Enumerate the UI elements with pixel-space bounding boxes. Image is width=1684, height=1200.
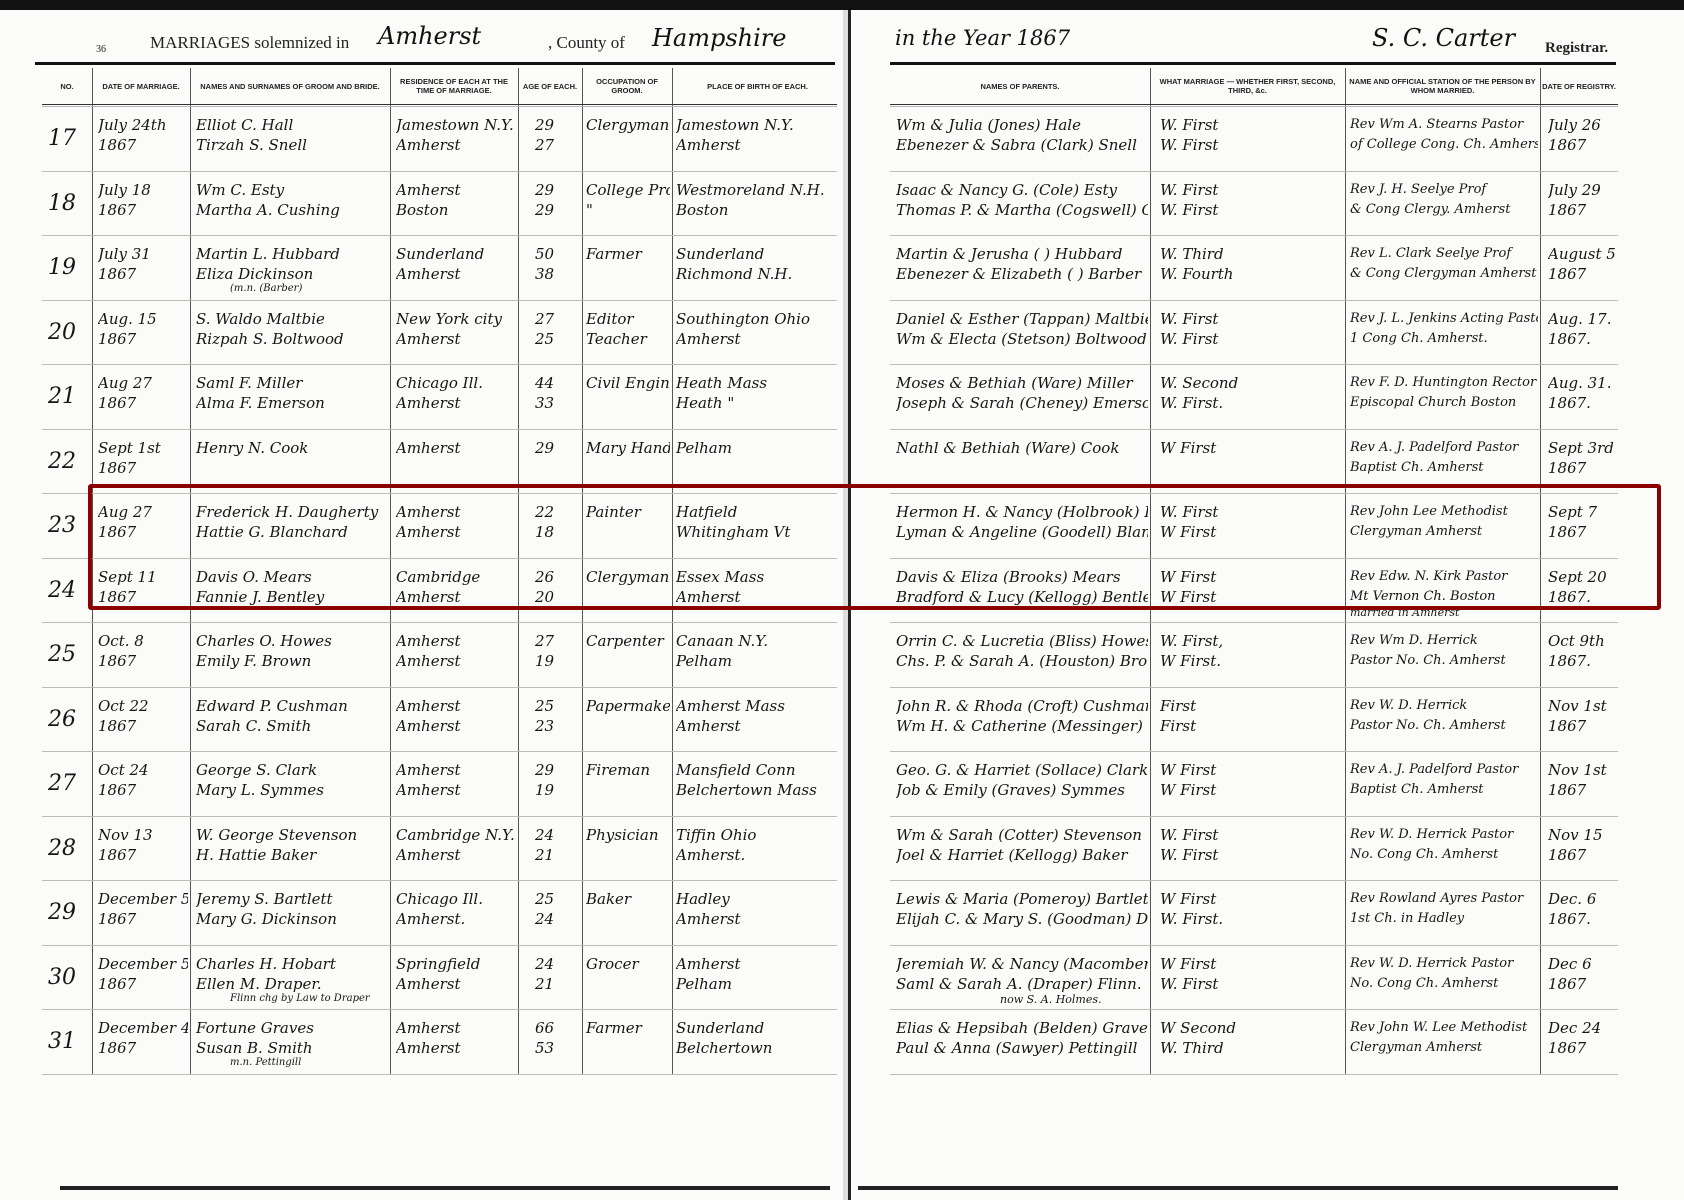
cell-line: 1867 — [98, 263, 188, 285]
officiant-line: Pastor No. Ch. Amherst — [1350, 715, 1538, 737]
cell-line: Dec 6 — [1548, 953, 1618, 975]
row-divider — [42, 300, 837, 301]
cell-line: Amherst — [676, 134, 841, 156]
record-number: 27 — [48, 771, 76, 796]
row-divider — [890, 171, 1618, 172]
row-divider — [42, 816, 837, 817]
record-number: 18 — [48, 191, 76, 216]
cell-line: Emily F. Brown — [196, 650, 388, 672]
cell-line: Elijah C. & Mary S. (Goodman) Dickinson — [896, 908, 1148, 930]
cell-line: Amherst — [396, 328, 516, 350]
cell-line: Wm & Julia (Jones) Hale — [896, 114, 1148, 136]
bottom-rule-left — [60, 1186, 830, 1190]
cell-line: Belchertown — [676, 1037, 841, 1059]
cell-line: Pelham — [676, 973, 841, 995]
column-divider — [1150, 68, 1151, 1074]
cell-line: Saml F. Miller — [196, 372, 388, 394]
cell-line: Amherst — [676, 953, 841, 975]
cell-line: Joseph & Sarah (Cheney) Emerson — [896, 392, 1148, 414]
cell-line: Grocer — [586, 953, 670, 975]
cell-line: W. First — [1160, 179, 1340, 201]
row-divider — [42, 558, 837, 559]
cell-line: Fannie J. Bentley — [196, 586, 388, 608]
title-prefix: MARRIAGES solemnized in — [150, 33, 349, 53]
record-number: 29 — [48, 900, 76, 925]
cell-line: Belchertown Mass — [676, 779, 841, 801]
officiant-line: & Cong Clergy. Amherst — [1350, 199, 1538, 221]
column-header: RESIDENCE OF EACH AT THE TIME OF MARRIAG… — [390, 70, 518, 104]
cell-line: Dec 24 — [1548, 1017, 1618, 1039]
cell-line: 25 — [535, 888, 575, 910]
cell-line: Eliza Dickinson — [196, 263, 388, 285]
cell-line: Amherst Mass — [676, 695, 841, 717]
cell-line: Sept 11 — [98, 566, 188, 588]
cell-line: Hadley — [676, 888, 841, 910]
column-divider — [92, 68, 93, 1074]
officiant-line: Rev J. H. Seelye Prof — [1350, 179, 1538, 201]
cell-line: 1867 — [98, 521, 188, 543]
officiant-line: of College Cong. Ch. Amherst — [1350, 134, 1538, 156]
row-divider — [890, 880, 1618, 881]
cell-line: 1867 — [1548, 134, 1618, 156]
cell-line: Oct 9th — [1548, 630, 1618, 652]
column-divider — [190, 68, 191, 1074]
column-header: PLACE OF BIRTH OF EACH. — [672, 70, 843, 104]
cell-line: Elliot C. Hall — [196, 114, 388, 136]
cell-line: Mansfield Conn — [676, 759, 841, 781]
header-rule-left — [35, 62, 835, 65]
cell-line: Painter — [586, 501, 670, 523]
cell-line: Lewis & Maria (Pomeroy) Bartlett — [896, 888, 1148, 910]
cell-line: Southington Ohio — [676, 308, 841, 330]
cell-line: 20 — [535, 586, 575, 608]
officiant-line: Rev Wm D. Herrick — [1350, 630, 1538, 652]
column-header: AGE OF EACH. — [518, 70, 582, 104]
cell-line: 1867 — [98, 1037, 188, 1059]
row-divider — [42, 235, 837, 236]
cell-line: July 26 — [1548, 114, 1618, 136]
cell-line: Amherst — [396, 1017, 516, 1039]
cell-line: Aug. 17. — [1548, 308, 1618, 330]
cell-line: 1867. — [1548, 586, 1618, 608]
record-number: 31 — [48, 1029, 76, 1054]
cell-line: Martha A. Cushing — [196, 199, 388, 221]
cell-line: Pelham — [676, 650, 841, 672]
column-header: NAME AND OFFICIAL STATION OF THE PERSON … — [1345, 70, 1540, 104]
row-divider — [890, 751, 1618, 752]
cell-line: Tiffin Ohio — [676, 824, 841, 846]
cell-line: Farmer — [586, 243, 670, 265]
row-divider — [890, 945, 1618, 946]
cell-line: Dec. 6 — [1548, 888, 1618, 910]
cell-line: 1867 — [98, 457, 188, 479]
row-divider — [42, 493, 837, 494]
cell-line: 1867 — [98, 973, 188, 995]
cell-line: Saml & Sarah A. (Draper) Flinn. — [896, 973, 1148, 995]
column-header: OCCUPATION OF GROOM. — [582, 70, 672, 104]
cell-line: 50 — [535, 243, 575, 265]
record-number: 25 — [48, 642, 76, 667]
row-divider — [42, 106, 837, 107]
cell-line: Martin L. Hubbard — [196, 243, 388, 265]
cell-line: W First — [1160, 953, 1340, 975]
cell-line: Sept 7 — [1548, 501, 1618, 523]
cell-line: W. First — [1160, 114, 1340, 136]
cell-line: Jamestown N.Y. — [676, 114, 841, 136]
cell-line: 1867. — [1548, 392, 1618, 414]
row-divider — [890, 364, 1618, 365]
cell-line: John R. & Rhoda (Croft) Cushman W — [896, 695, 1148, 717]
cell-line: New York city — [396, 308, 516, 330]
cell-line: 22 — [535, 501, 575, 523]
cell-line: W. George Stevenson — [196, 824, 388, 846]
cell-line: 24 — [535, 824, 575, 846]
cell-line: Wm H. & Catherine (Messinger) Smith W — [896, 715, 1148, 737]
cell-line: 33 — [535, 392, 575, 414]
cell-line: Sunderland — [676, 1017, 841, 1039]
record-number: 28 — [48, 836, 76, 861]
cell-line: Wm & Electa (Stetson) Boltwood — [896, 328, 1148, 350]
cell-line: Jeremiah W. & Nancy (Macomber) Hobart. — [896, 953, 1148, 975]
cell-line: Oct 22 — [98, 695, 188, 717]
cell-line: 1867 — [98, 586, 188, 608]
cell-line: 26 — [535, 566, 575, 588]
cell-line: Physician — [586, 824, 670, 846]
officiant-line: Rev Edw. N. Kirk Pastor — [1350, 566, 1538, 588]
cell-line: Chs. P. & Sarah A. (Houston) Brown — [896, 650, 1148, 672]
cell-line: Amherst — [396, 779, 516, 801]
name-note: (m.n. (Barber) — [230, 283, 302, 295]
officiant-line: & Cong Clergyman Amherst — [1350, 263, 1538, 285]
cell-line: Teacher — [586, 328, 670, 350]
cell-line: W. Third — [1160, 243, 1340, 265]
cell-line: Editor — [586, 308, 670, 330]
officiant-line: Rev W. D. Herrick Pastor — [1350, 824, 1538, 846]
record-number: 20 — [48, 320, 76, 345]
cell-line: Elias & Hepsibah (Belden) Graves — [896, 1017, 1148, 1039]
cell-line: 53 — [535, 1037, 575, 1059]
cell-line: 1867 — [1548, 973, 1618, 995]
cell-line: Cambridge — [396, 566, 516, 588]
cell-line: Sarah C. Smith — [196, 715, 388, 737]
column-header: DATE OF MARRIAGE. — [92, 70, 190, 104]
cell-line: W First — [1160, 437, 1340, 459]
cell-line: 1867 — [98, 199, 188, 221]
cell-line: W. First, — [1160, 630, 1340, 652]
cell-line: July 18 — [98, 179, 188, 201]
cell-line: Amherst — [396, 586, 516, 608]
column-divider — [1540, 68, 1541, 1074]
cell-line: Sept 1st — [98, 437, 188, 459]
cell-line: Henry N. Cook — [196, 437, 388, 459]
cell-line: Heath " — [676, 392, 841, 414]
cell-line: W. First — [1160, 501, 1340, 523]
cell-line: Whitingham Vt — [676, 521, 841, 543]
officiant-line: Rev W. D. Herrick — [1350, 695, 1538, 717]
officiant-line: Rev John Lee Methodist — [1350, 501, 1538, 523]
cell-line: 24 — [535, 908, 575, 930]
cell-line: Amherst — [396, 650, 516, 672]
cell-line: 25 — [535, 695, 575, 717]
cell-line: 1867 — [98, 715, 188, 737]
cell-line: Amherst — [396, 179, 516, 201]
cell-line: 1867 — [98, 650, 188, 672]
cell-line: 1867 — [1548, 521, 1618, 543]
officiant-line: married in Amherst — [1350, 602, 1538, 624]
cell-line: 1867. — [1548, 650, 1618, 672]
cell-line: 1867. — [1548, 328, 1618, 350]
cell-line: Pelham — [676, 437, 841, 459]
cell-line: W First — [1160, 759, 1340, 781]
officiant-line: Rev L. Clark Seelye Prof — [1350, 243, 1538, 265]
cell-line: Aug. 31. — [1548, 372, 1618, 394]
cell-line: Westmoreland N.H. — [676, 179, 841, 201]
cell-line: Charles O. Howes — [196, 630, 388, 652]
cell-line: Nov 15 — [1548, 824, 1618, 846]
cell-line: Boston — [676, 199, 841, 221]
column-divider — [1345, 68, 1346, 1074]
record-number: 21 — [48, 384, 76, 409]
cell-line: 29 — [535, 179, 575, 201]
cell-line: 25 — [535, 328, 575, 350]
cell-line: Chicago Ill. — [396, 372, 516, 394]
cell-line: Nov 1st — [1548, 695, 1618, 717]
cell-line: 23 — [535, 715, 575, 737]
cell-line: Farmer — [586, 1017, 670, 1039]
scan-top-edge — [0, 0, 1684, 10]
cell-line: Ellen M. Draper. — [196, 973, 388, 995]
officiant-line: Rev F. D. Huntington Rector — [1350, 372, 1538, 394]
cell-line: 1867 — [98, 908, 188, 930]
officiant-line: Rev W. D. Herrick Pastor — [1350, 953, 1538, 975]
cell-line: 24 — [535, 953, 575, 975]
cell-line: Alma F. Emerson — [196, 392, 388, 414]
cell-line: July 29 — [1548, 179, 1618, 201]
cell-line: Charles H. Hobart — [196, 953, 388, 975]
cell-line: Clergyman — [586, 114, 670, 136]
column-header: WHAT MARRIAGE — WHETHER FIRST, SECOND, T… — [1150, 70, 1345, 104]
record-number: 19 — [48, 255, 76, 280]
cell-line: Moses & Bethiah (Ware) Miller — [896, 372, 1148, 394]
cell-line: 1867 — [98, 779, 188, 801]
cell-line: December 4 — [98, 1017, 188, 1039]
officiant-line: 1 Cong Ch. Amherst. — [1350, 328, 1538, 350]
row-divider — [42, 687, 837, 688]
cell-line: Amherst. — [676, 844, 841, 866]
cell-line: Amherst — [396, 134, 516, 156]
cell-line: 29 — [535, 437, 575, 459]
cell-line: 1867 — [1548, 457, 1618, 479]
cell-line: Civil Engineer — [586, 372, 670, 394]
cell-line: 29 — [535, 759, 575, 781]
parents-note: now S. A. Holmes. — [1000, 993, 1102, 1006]
cell-line: Jeremy S. Bartlett — [196, 888, 388, 910]
cell-line: Amherst — [676, 715, 841, 737]
column-divider — [582, 68, 583, 1074]
cell-line: W. First — [1160, 824, 1340, 846]
row-divider — [890, 816, 1618, 817]
cell-line: Aug 27 — [98, 501, 188, 523]
cell-line: Edward P. Cushman — [196, 695, 388, 717]
cell-line: First — [1160, 715, 1340, 737]
officiant-line: Rev Wm A. Stearns Pastor — [1350, 114, 1538, 136]
cell-line: Amherst — [396, 759, 516, 781]
officiant-line: Baptist Ch. Amherst — [1350, 457, 1538, 479]
row-divider — [42, 945, 837, 946]
row-divider — [42, 171, 837, 172]
cell-line: Paul & Anna (Sawyer) Pettingill — [896, 1037, 1148, 1059]
cell-line: W. First — [1160, 199, 1340, 221]
cell-line: July 24th — [98, 114, 188, 136]
cell-line: 38 — [535, 263, 575, 285]
officiant-line: Rev J. L. Jenkins Acting Pastor — [1350, 308, 1538, 330]
column-divider — [672, 68, 673, 1074]
cell-line: 29 — [535, 114, 575, 136]
cell-line: 27 — [535, 134, 575, 156]
cell-line: Amherst. — [396, 908, 516, 930]
cell-line: Ebenezer & Sabra (Clark) Snell — [896, 134, 1148, 156]
cell-line: Chicago Ill. — [396, 888, 516, 910]
cell-line: Amherst — [396, 392, 516, 414]
cell-line: Papermaker — [586, 695, 670, 717]
cell-line: 21 — [535, 844, 575, 866]
cell-line: S. Waldo Maltbie — [196, 308, 388, 330]
cell-line: 1867. — [1548, 908, 1618, 930]
cell-line: Amherst — [396, 973, 516, 995]
cell-line: Martin & Jerusha ( ) Hubbard — [896, 243, 1148, 265]
cell-line: Cambridge N.Y. — [396, 824, 516, 846]
cell-line: Hatfield — [676, 501, 841, 523]
cell-line: Aug 27 — [98, 372, 188, 394]
column-header: DATE OF REGISTRY. — [1540, 70, 1618, 104]
name-note: m.n. Pettingill — [230, 1057, 301, 1069]
row-divider — [890, 1074, 1618, 1075]
cell-line: Sunderland — [676, 243, 841, 265]
cell-line: 18 — [535, 521, 575, 543]
cell-line: 1867 — [1548, 715, 1618, 737]
cell-line: W. Third — [1160, 1037, 1340, 1059]
officiant-line: 1st Ch. in Hadley — [1350, 908, 1538, 930]
record-number: 17 — [48, 126, 76, 151]
cell-line: Davis O. Mears — [196, 566, 388, 588]
cell-line: 1867 — [1548, 263, 1618, 285]
town-name: Amherst — [378, 22, 481, 50]
cell-line: Canaan N.Y. — [676, 630, 841, 652]
record-number: 24 — [48, 578, 76, 603]
row-divider — [890, 300, 1618, 301]
cell-line: 29 — [535, 199, 575, 221]
officiant-line: Clergyman Amherst — [1350, 521, 1538, 543]
cell-line: Boston — [396, 199, 516, 221]
cell-line: Nov 13 — [98, 824, 188, 846]
cell-line: W First — [1160, 566, 1340, 588]
cell-line: December 5th — [98, 888, 188, 910]
cell-line: Susan B. Smith — [196, 1037, 388, 1059]
cell-line: W Second — [1160, 1017, 1340, 1039]
cell-line: W First — [1160, 586, 1340, 608]
cell-line: 27 — [535, 630, 575, 652]
cell-line: Jamestown N.Y. — [396, 114, 516, 136]
cell-line: Amherst — [396, 1037, 516, 1059]
cell-line: 21 — [535, 973, 575, 995]
cell-line: Sept 3rd — [1548, 437, 1618, 459]
county-label: , County of — [548, 33, 625, 53]
cell-line: Nov 1st — [1548, 759, 1618, 781]
officiant-line: Rev Rowland Ayres Pastor — [1350, 888, 1538, 910]
header-underline — [42, 104, 837, 105]
cell-line: December 5th — [98, 953, 188, 975]
row-divider — [890, 493, 1618, 494]
cell-line: Oct 24 — [98, 759, 188, 781]
column-header: NAMES AND SURNAMES OF GROOM AND BRIDE. — [190, 70, 390, 104]
officiant-line: No. Cong Ch. Amherst — [1350, 973, 1538, 995]
row-divider — [42, 1009, 837, 1010]
officiant-line: No. Cong Ch. Amherst — [1350, 844, 1538, 866]
cell-line: Amherst — [396, 630, 516, 652]
cell-line: 19 — [535, 779, 575, 801]
officiant-line: Pastor No. Ch. Amherst — [1350, 650, 1538, 672]
cell-line: W. First — [1160, 308, 1340, 330]
cell-line: Amherst — [396, 695, 516, 717]
cell-line: Springfield — [396, 953, 516, 975]
cell-line: 1867 — [98, 328, 188, 350]
cell-line: W. First — [1160, 134, 1340, 156]
row-divider — [890, 687, 1618, 688]
cell-line: Wm C. Esty — [196, 179, 388, 201]
row-divider — [890, 429, 1618, 430]
officiant-line: Baptist Ch. Amherst — [1350, 779, 1538, 801]
cell-line: " — [586, 199, 670, 221]
cell-line: 1867 — [98, 134, 188, 156]
cell-line: Amherst — [396, 521, 516, 543]
cell-line: Wm & Sarah (Cotter) Stevenson — [896, 824, 1148, 846]
row-divider — [890, 235, 1618, 236]
officiant-line: Clergyman Amherst — [1350, 1037, 1538, 1059]
cell-line: 1867 — [1548, 844, 1618, 866]
cell-line: Essex Mass — [676, 566, 841, 588]
name-note: Flinn chg by Law to Draper — [230, 993, 370, 1005]
cell-line: W. First — [1160, 328, 1340, 350]
column-divider — [518, 68, 519, 1074]
cell-line: Mary Handle — [586, 437, 670, 459]
cell-line: Amherst — [676, 586, 841, 608]
cell-line: Oct. 8 — [98, 630, 188, 652]
page-number: 36 — [96, 44, 106, 55]
record-number: 23 — [48, 513, 76, 538]
row-divider — [890, 106, 1618, 107]
cell-line: W. Second — [1160, 372, 1340, 394]
cell-line: Mary G. Dickinson — [196, 908, 388, 930]
officiant-line: Rev A. J. Padelford Pastor — [1350, 759, 1538, 781]
cell-line: Mary L. Symmes — [196, 779, 388, 801]
column-header: NO. — [42, 70, 92, 104]
row-divider — [42, 429, 837, 430]
cell-line: W First — [1160, 888, 1340, 910]
cell-line: W. First. — [1160, 908, 1340, 930]
registrar-name: S. C. Carter — [1372, 24, 1515, 52]
year-label: in the Year 1867 — [895, 26, 1070, 50]
cell-line: 66 — [535, 1017, 575, 1039]
cell-line: Daniel & Esther (Tappan) Maltbie — [896, 308, 1148, 330]
cell-line: Aug. 15 — [98, 308, 188, 330]
cell-line: 1867 — [1548, 1037, 1618, 1059]
registrar-label: Registrar. — [1545, 40, 1608, 57]
cell-line: 27 — [535, 308, 575, 330]
cell-line: Orrin C. & Lucretia (Bliss) Howes — [896, 630, 1148, 652]
cell-line: Frederick H. Daugherty — [196, 501, 388, 523]
cell-line: Amherst — [396, 501, 516, 523]
record-number: 26 — [48, 707, 76, 732]
